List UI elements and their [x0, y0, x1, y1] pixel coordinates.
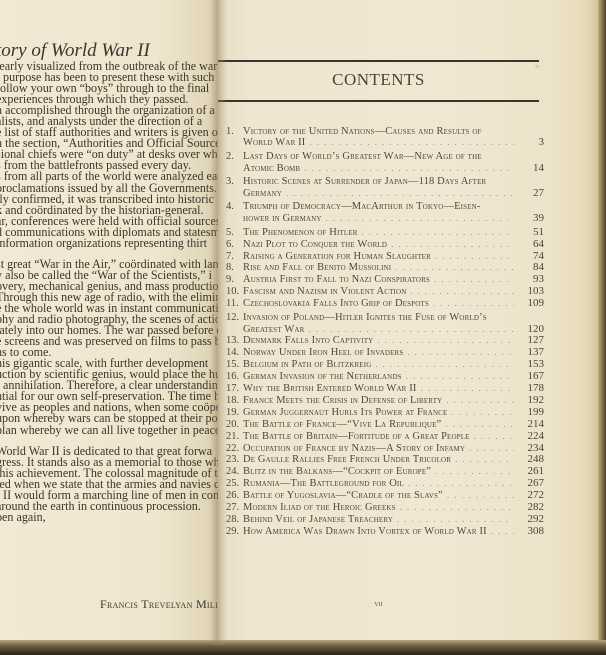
toc-entry: 12.Invasion of Poland—Hitler Ignites the…	[226, 312, 544, 336]
toc-entry: 23.De Gaulle Rallies Free French Under T…	[226, 454, 544, 466]
toc-page-number: 109	[518, 298, 544, 310]
toc-chapter-title: The Battle of France—“Vive La Republique…	[243, 419, 441, 431]
toc-chapter-number: 25.	[226, 478, 243, 490]
toc-chapter-title: Denmark Falls Into Captivity	[243, 335, 373, 347]
toc-page-number: 51	[518, 227, 544, 239]
toc-chapter-title: Blitz in the Balkans—“Cockpit of Europe”	[243, 466, 431, 478]
toc-chapter-title-continued: World War II	[243, 137, 305, 149]
toc-chapter-number: 1.	[226, 126, 243, 138]
contents-heading: CONTENTS	[218, 70, 539, 90]
toc-chapter-title-continued: hower in Germany	[243, 213, 322, 225]
dot-leader: ........................................…	[491, 526, 514, 538]
toc-chapter-number: 6.	[226, 239, 243, 251]
paper-spot	[535, 65, 539, 68]
toc-chapter-title: Belgium in Path of Blitzkreig	[243, 359, 371, 371]
toc-entry: 15.Belgium in Path of Blitzkreig........…	[226, 359, 544, 371]
toc-chapter-number: 2.	[226, 151, 243, 163]
toc-entry: 13.Denmark Falls Into Captivity.........…	[226, 335, 544, 347]
foreword-text: learly visualized from the outbreak of t…	[0, 61, 222, 523]
toc-chapter-number: 27.	[226, 502, 243, 514]
text-line: information organizations representing t…	[0, 238, 222, 249]
toc-chapter-number: 23.	[226, 454, 243, 466]
toc-chapter-number: 24.	[226, 466, 243, 478]
toc-entry: 8.Rise and Fall of Benito Mussolini.....…	[226, 262, 544, 274]
toc-chapter-number: 11.	[226, 298, 243, 310]
dot-leader: ........................................…	[400, 502, 514, 514]
toc-chapter-number: 29.	[226, 526, 243, 538]
toc-chapter-title: Nazi Plot to Conquer the World	[243, 239, 387, 251]
toc-chapter-title: Rise and Fall of Benito Mussolini	[243, 262, 391, 274]
toc-entry: 24.Blitz in the Balkans—“Cockpit of Euro…	[226, 466, 544, 478]
toc-chapter-title: Rumania—The Battleground for Oil	[243, 478, 404, 490]
dot-leader: ........................................…	[407, 347, 514, 359]
dot-leader: ........................................…	[286, 188, 514, 200]
toc-chapter-title: Modern Iliad of the Heroic Greeks	[243, 502, 396, 514]
heading-rule-top	[218, 60, 539, 62]
toc-chapter-number: 9.	[226, 274, 243, 286]
dot-leader: ........................................…	[391, 239, 514, 251]
toc-chapter-title: Why the British Entered World War II	[243, 383, 417, 395]
toc-entry: 5.The Phenomenon of Hitler..............…	[226, 227, 544, 239]
page-edge	[598, 0, 606, 655]
toc-entry: 19.German Juggernaut Hurls Its Power at …	[226, 407, 544, 419]
dot-leader: ........................................…	[308, 324, 514, 336]
toc-chapter-number: 4.	[226, 201, 243, 213]
toc-entry: 27.Modern Iliad of the Heroic Greeks....…	[226, 502, 544, 514]
toc-chapter-title: Fascism and Nazism in Violent Action	[243, 286, 406, 298]
text-line: plan whereby we can all live together in…	[0, 425, 222, 436]
toc-chapter-number: 26.	[226, 490, 243, 502]
dot-leader: ........................................…	[447, 490, 514, 502]
toc-page-number: 3	[518, 137, 544, 149]
toc-page-number: 14	[518, 163, 544, 175]
toc-entry: 14.Norway Under Iron Heel of Invaders...…	[226, 347, 544, 359]
toc-chapter-number: 3.	[226, 176, 243, 188]
toc-chapter-title: Invasion of Poland—Hitler Ignites the Fu…	[243, 312, 487, 324]
toc-chapter-title: Triumph of Democracy—MacArthur in Tokyo—…	[243, 201, 481, 213]
toc-chapter-number: 18.	[226, 395, 243, 407]
toc-chapter-number: 5.	[226, 227, 243, 239]
toc-chapter-title-continued: Germany	[243, 188, 282, 200]
dot-leader: ........................................…	[309, 137, 514, 149]
toc-entry: 10.Fascism and Nazism in Violent Action.…	[226, 286, 544, 298]
toc-page-number: 308	[518, 526, 544, 538]
toc-chapter-title: Last Days of World’s Greatest War—New Ag…	[243, 151, 482, 163]
dot-leader: ........................................…	[410, 286, 514, 298]
text-line: pen again,	[0, 512, 222, 523]
toc-chapter-title: Occupation of France by Nazis—A Story of…	[243, 443, 465, 455]
toc-entry: 4.Triumph of Democracy—MacArthur in Toky…	[226, 201, 544, 225]
toc-entry: 7.Raising a Generation for Human Slaught…	[226, 251, 544, 263]
toc-chapter-title: Czechoslovakia Falls Into Grip of Despot…	[243, 298, 429, 310]
toc-entry: 11.Czechoslovakia Falls Into Grip of Des…	[226, 298, 544, 310]
toc-chapter-title: France Meets the Crisis in Defense of Li…	[243, 395, 442, 407]
toc-entry: 3.Historic Scenes at Surrender of Japan—…	[226, 176, 544, 200]
toc-page-number: 199	[518, 407, 544, 419]
left-page: tory of World War II learly visualized f…	[0, 0, 222, 645]
toc-page-number: 214	[518, 419, 544, 431]
toc-chapter-title: Raising a Generation for Human Slaughter	[243, 251, 431, 263]
dot-leader: ........................................…	[395, 262, 514, 274]
toc-chapter-title: De Gaulle Rallies Free French Under Tric…	[243, 454, 451, 466]
toc-entry: 22.Occupation of France by Nazis—A Story…	[226, 443, 544, 455]
toc-chapter-title: Austria First to Fall to Nazi Conspirato…	[243, 274, 430, 286]
dot-leader: ........................................…	[435, 466, 514, 478]
toc-chapter-number: 17.	[226, 383, 243, 395]
dot-leader: ........................................…	[435, 251, 514, 263]
dot-leader: ........................................…	[362, 227, 514, 239]
toc-entry: 29.How America Was Drawn Into Vortex of …	[226, 526, 544, 538]
right-page: CONTENTS 1.Victory of the United Nations…	[218, 0, 602, 645]
toc-entry: 28.Behind Veil of Japanese Treachery....…	[226, 514, 544, 526]
toc-entry: 6.Nazi Plot to Conquer the World........…	[226, 239, 544, 251]
toc-chapter-number: 10.	[226, 286, 243, 298]
toc-chapter-number: 13.	[226, 335, 243, 347]
toc-chapter-title: Norway Under Iron Heel of Invaders	[243, 347, 403, 359]
toc-chapter-number: 21.	[226, 431, 243, 443]
toc-chapter-title-continued: Atomic Bomb	[243, 163, 300, 175]
toc-chapter-title: Behind Veil of Japanese Treachery	[243, 514, 393, 526]
dot-leader: ........................................…	[474, 431, 514, 443]
book-bottom-edge	[0, 640, 606, 655]
dot-leader: ........................................…	[408, 478, 514, 490]
dot-leader: ........................................…	[434, 274, 514, 286]
dot-leader: ........................................…	[326, 213, 514, 225]
dot-leader: ........................................…	[397, 514, 514, 526]
table-of-contents: 1.Victory of the United Nations—Causes a…	[226, 124, 544, 538]
toc-chapter-title: Victory of the United Nations—Causes and…	[243, 126, 482, 138]
toc-chapter-number: 22.	[226, 443, 243, 455]
toc-page-number: 224	[518, 431, 544, 443]
toc-entry: 21.The Battle of Britain—Fortitude of a …	[226, 431, 544, 443]
toc-page-number: 64	[518, 239, 544, 251]
toc-entry: 9.Austria First to Fall to Nazi Conspira…	[226, 274, 544, 286]
toc-chapter-number: 14.	[226, 347, 243, 359]
author-signature: Francis Trevelyan Mill	[100, 597, 220, 612]
toc-chapter-title: Battle of Yugoslavia—“Cradle of the Slav…	[243, 490, 443, 502]
toc-chapter-title: How America Was Drawn Into Vortex of Wor…	[243, 526, 487, 538]
toc-chapter-number: 12.	[226, 312, 243, 324]
toc-entry: 17.Why the British Entered World War II.…	[226, 383, 544, 395]
dot-leader: ........................................…	[406, 371, 514, 383]
toc-chapter-title: German Invasion of the Netherlands	[243, 371, 402, 383]
toc-entry: 18.France Meets the Crisis in Defense of…	[226, 395, 544, 407]
toc-chapter-title: German Juggernaut Hurls Its Power at Fra…	[243, 407, 447, 419]
toc-entry: 26.Battle of Yugoslavia—“Cradle of the S…	[226, 490, 544, 502]
dot-leader: ........................................…	[377, 335, 514, 347]
book-gutter	[210, 0, 228, 645]
toc-entry: 1.Victory of the United Nations—Causes a…	[226, 126, 544, 150]
page-folio: vii	[218, 598, 539, 608]
toc-chapter-number: 7.	[226, 251, 243, 263]
toc-entry: 20.The Battle of France—“Vive La Republi…	[226, 419, 544, 431]
toc-entry: 25.Rumania—The Battleground for Oil.....…	[226, 478, 544, 490]
dot-leader: ........................................…	[445, 419, 514, 431]
toc-page-number: 27	[518, 188, 544, 200]
dot-leader: ........................................…	[421, 383, 514, 395]
toc-chapter-number: 8.	[226, 262, 243, 274]
toc-chapter-title: The Battle of Britain—Fortitude of a Gre…	[243, 431, 470, 443]
toc-chapter-title-continued: Greatest War	[243, 324, 304, 336]
toc-chapter-number: 20.	[226, 419, 243, 431]
toc-chapter-title: Historic Scenes at Surrender of Japan—11…	[243, 176, 486, 188]
heading-rule-bottom	[218, 100, 539, 102]
toc-chapter-title: The Phenomenon of Hitler	[243, 227, 358, 239]
toc-chapter-number: 15.	[226, 359, 243, 371]
toc-entry: 2.Last Days of World’s Greatest War—New …	[226, 151, 544, 175]
dot-leader: ........................................…	[451, 407, 514, 419]
toc-chapter-number: 16.	[226, 371, 243, 383]
dot-leader: ........................................…	[469, 443, 514, 455]
dot-leader: ........................................…	[433, 298, 514, 310]
dot-leader: ........................................…	[455, 454, 514, 466]
toc-chapter-number: 19.	[226, 407, 243, 419]
toc-entry: 16.German Invasion of the Netherlands...…	[226, 371, 544, 383]
toc-chapter-number: 28.	[226, 514, 243, 526]
toc-page-number: 39	[518, 213, 544, 225]
dot-leader: ........................................…	[304, 163, 514, 175]
dot-leader: ........................................…	[375, 359, 514, 371]
dot-leader: ........................................…	[446, 395, 514, 407]
